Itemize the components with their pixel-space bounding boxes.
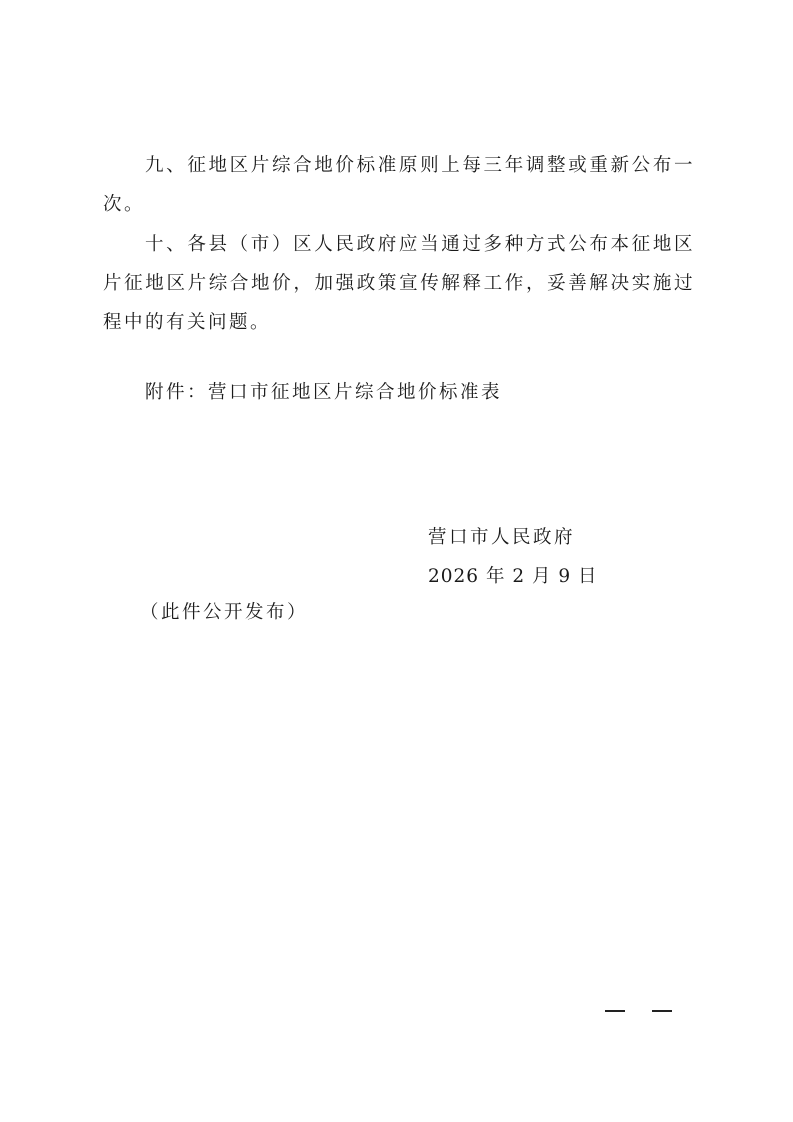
page-marker-left-dash: [605, 1010, 625, 1012]
issue-date: 2026 年 2 月 9 日: [428, 562, 598, 592]
attachment-line: 附件：营口市征地区片综合地价标准表: [145, 378, 502, 408]
paragraph-item-9: 九、征地区片综合地价标准原则上每三年调整或重新公布一次。: [103, 146, 695, 224]
document-page: 九、征地区片综合地价标准原则上每三年调整或重新公布一次。 十、各县（市）区人民政…: [0, 0, 793, 1122]
issuer-name: 营口市人民政府: [428, 523, 575, 553]
paragraph-item-10: 十、各县（市）区人民政府应当通过多种方式公布本征地区片征地区片综合地价，加强政策…: [103, 225, 695, 342]
release-note: （此件公开发布）: [140, 598, 308, 628]
page-marker-right-dash: [652, 1010, 672, 1012]
